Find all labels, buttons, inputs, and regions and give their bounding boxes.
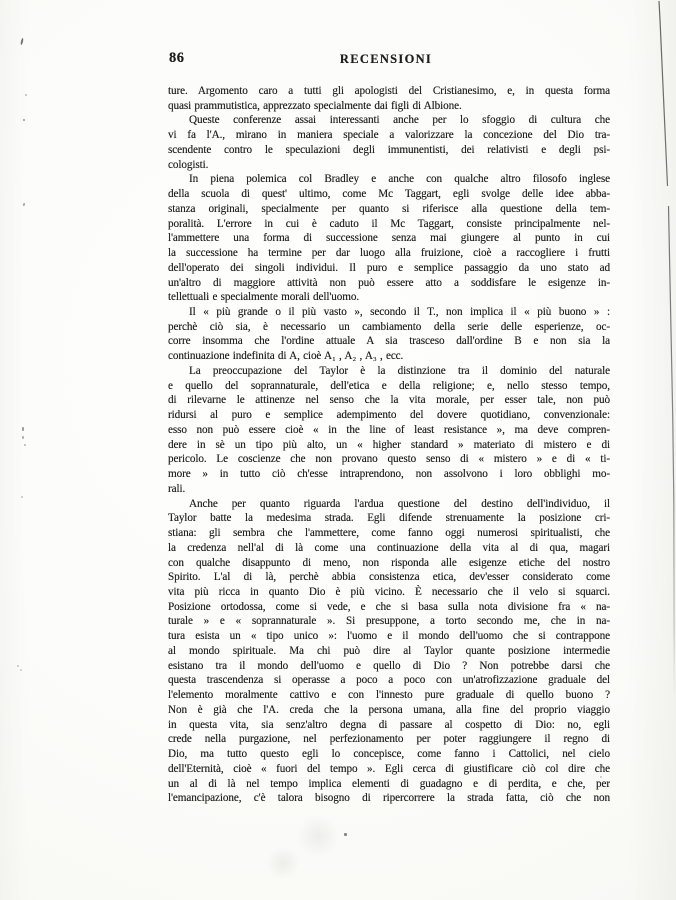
text-line: Taylor batte la medesima strada. Egli di…	[168, 511, 610, 526]
text-line: continuazione indefinita di A, cioè A₁ ,…	[168, 349, 610, 364]
ink-speck	[20, 38, 24, 45]
ink-speck	[22, 436, 24, 439]
paragraph: Il « più grande o il più vasto », second…	[168, 305, 610, 364]
scanned-book-page: 86 RECENSIONI ture. Argomento caro a tut…	[0, 0, 676, 900]
ink-speck	[22, 427, 24, 431]
text-line: turale » e « soprannaturale ». Si presup…	[168, 614, 610, 629]
text-line: Queste conferenze assai interessanti anc…	[168, 113, 610, 128]
text-line: l'emancipazione, c'è talora bisogno di r…	[168, 791, 610, 806]
text-line: stiana: gli sembra che l'ammettere, come…	[168, 526, 610, 541]
paragraph: ture. Argomento caro a tutti gli apologi…	[168, 84, 610, 113]
text-line: tellettuali e specialmente morali dell'u…	[168, 290, 610, 305]
ink-speck	[25, 94, 27, 96]
text-line: Dio, ma tutto questo egli lo concepisce,…	[168, 747, 610, 762]
text-line: La preoccupazione del Taylor è la distin…	[168, 364, 610, 379]
text-line: Spirito. L'al di là, perchè abbia consis…	[168, 570, 610, 585]
ink-speck	[24, 444, 26, 446]
text-line: rali.	[168, 482, 610, 497]
text-line: tura esista un « tipo unico »: l'uomo e …	[168, 629, 610, 644]
ink-speck	[20, 669, 22, 671]
text-line: stanza originali, specialmente per quant…	[168, 202, 610, 217]
text-line: un al di là nel tempo implica elementi d…	[168, 777, 610, 792]
text-line: in questa vita, sia senz'altro degna di …	[168, 718, 610, 733]
text-line: In piena polemica col Bradley e anche co…	[168, 172, 610, 187]
text-line: crede nella purgazione, nel perfezioname…	[168, 732, 610, 747]
text-line: un'altro di maggiore attività non può es…	[168, 276, 610, 291]
text-line: la credenza nell'al di là come una conti…	[168, 541, 610, 556]
text-line: Non è già che l'A. creda che la persona …	[168, 703, 610, 718]
text-line: dere in sè un tipo più alto, un « higher…	[168, 438, 610, 453]
text-line: vita più ricca in quanto Dio è più vicin…	[168, 585, 610, 600]
text-line: corre insomma che l'ordine attuale A sia…	[168, 334, 610, 349]
text-line: poralità. L'errore in cui è caduto il Mc…	[168, 217, 610, 232]
text-line: ture. Argomento caro a tutti gli apologi…	[168, 84, 610, 99]
paper-smudge	[296, 814, 340, 858]
ink-speck	[23, 203, 26, 207]
text-line: questa trascendenza si operasse a poco a…	[168, 673, 610, 688]
text-line: quasi prammutistica, apprezzato specialm…	[168, 99, 610, 114]
text-line: ridursi al puro e semplice adempimento d…	[168, 408, 610, 423]
text-line: l'elemento moralmente cattivo e con l'in…	[168, 688, 610, 703]
ink-speck	[23, 119, 25, 121]
text-line: al mondo spirituale. Ma chi può dire al …	[168, 644, 610, 659]
running-title: RECENSIONI	[168, 52, 604, 67]
text-line: della scuola di quest' ultimo, come Mc T…	[168, 187, 610, 202]
paragraph: Anche per quanto riguarda l'ardua questi…	[168, 497, 610, 806]
text-line: Il « più grande o il più vasto », second…	[168, 305, 610, 320]
text-line: cologisti.	[168, 158, 610, 173]
ink-speck	[21, 496, 23, 498]
text-line: more » in tutto ciò ch'esse intraprendon…	[168, 467, 610, 482]
text-line: Posizione ortodossa, come si vede, e che…	[168, 600, 610, 615]
text-line: la successione ha termine per dar luogo …	[168, 246, 610, 261]
text-line: l'ammettere una forma di successione sen…	[168, 231, 610, 246]
text-line: con qualche disappunto di meno, non risp…	[168, 556, 610, 571]
text-line: esso non può essere cioè « in the line o…	[168, 423, 610, 438]
ink-speck	[344, 833, 347, 836]
paragraph: Queste conferenze assai interessanti anc…	[168, 113, 610, 172]
text-line: scendente contro le speculazioni degli i…	[168, 143, 610, 158]
paragraph: In piena polemica col Bradley e anche co…	[168, 172, 610, 305]
text-line: vi fa l'A., mirano in maniera speciale a…	[168, 128, 610, 143]
page-header: 86 RECENSIONI	[168, 50, 610, 68]
text-line: esistano tra il mondo dell'uomo e quello…	[168, 659, 610, 674]
text-line: perchè ciò sia, è necessario un cambiame…	[168, 320, 610, 335]
text-line: dell'operato dei singoli individui. Il p…	[168, 261, 610, 276]
text-line: di rilevarne le attinenze nel senso che …	[168, 393, 610, 408]
article-body: ture. Argomento caro a tutti gli apologi…	[168, 84, 610, 806]
paper-smudge	[266, 846, 300, 880]
ink-speck	[17, 665, 19, 667]
text-line: pericolo. Le coscienze che non provano q…	[168, 452, 610, 467]
paragraph: La preoccupazione del Taylor è la distin…	[168, 364, 610, 497]
text-line: e quello del soprannaturale, dell'etica …	[168, 379, 610, 394]
text-line: Anche per quanto riguarda l'ardua questi…	[168, 497, 610, 512]
text-line: dell'Eternità, cioè « fuori del tempo ».…	[168, 762, 610, 777]
